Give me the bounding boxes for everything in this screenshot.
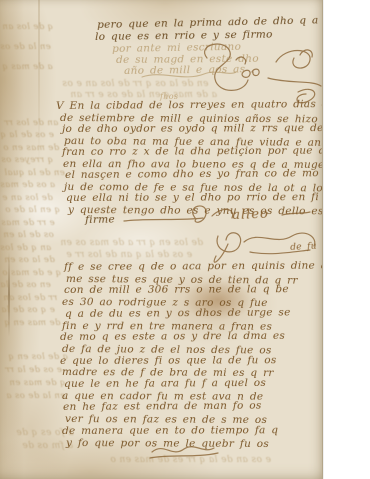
bleedthrough-line: rr de los an (3, 293, 57, 303)
body-line: el nasçen e como dho es yo fran co de mo… (65, 167, 323, 181)
signature-name: alleo (232, 207, 269, 223)
bleedthrough-line: en os de la (0, 280, 51, 290)
bleedthrough-line: an de los rr (4, 118, 58, 128)
bleedthrough-line: q e de mas o (2, 268, 61, 278)
bleedthrough-line: q en la de o (5, 205, 60, 215)
scan-background: q de los an en la de os a de mas q an de… (0, 0, 370, 479)
closing-word: firme (85, 213, 115, 226)
body-line: q a de du es en y os dhos de urge se (65, 306, 291, 320)
bleedthrough-line: e os de la q an de los rr e (66, 250, 192, 260)
body-line: en he faz est endra de man fo os (63, 400, 262, 413)
top-rubric-tail (268, 78, 321, 86)
bleedthrough-line: a os de mas (0, 180, 55, 190)
bleedthrough-line: de los an e (2, 193, 53, 203)
firme-dash (124, 218, 203, 221)
bleedthrough-line: en la de os a (6, 391, 65, 401)
bleedthrough-line: en de la qual (4, 168, 65, 178)
body-line: fran co rro z x de la dha petiçion por q… (62, 145, 323, 158)
bleedthrough-line: q de los an (2, 22, 53, 32)
body-line: ff e se cree q de o aca por en quinis di… (64, 260, 323, 273)
body-line: que le en he fa ara fu f a quel os (64, 377, 266, 390)
body-line: con de mill e 306 rrs o ne de la q be (64, 283, 289, 296)
bleedthrough-band: e os an de la q rr es de mas en o (110, 455, 271, 465)
body-line: de manera que en to do tiempo fa q (62, 424, 278, 437)
body-line: e que lo dieres fi os que la de fu os (60, 354, 277, 367)
bleedthrough-line: q rreyes os (1, 155, 53, 165)
body-line: de mo q es este a os y dre la dma es (60, 330, 285, 343)
bleedthrough-line: e os de la rr (5, 365, 62, 375)
bleedthrough-line: de los en q rr a de mas os en (60, 238, 203, 248)
bleedthrough-line: e os de la q (0, 130, 54, 140)
bleedthrough-line: os de la en (3, 230, 54, 240)
body-line: jo de dho oydor es oydo q mill z rrs que… (62, 122, 323, 135)
bleedthrough-line: de la os en (4, 255, 55, 265)
bleedthrough-line: q de mas en (9, 378, 65, 388)
body-line: V En la cibdad de los rreyes en quatro d… (56, 98, 323, 112)
bleedthrough-line: de mas en o (3, 143, 59, 153)
bleedthrough-line: e rr de mas (1, 218, 55, 228)
bleedthrough-line: de mas en q (4, 318, 60, 328)
faded-header-line: año de mill e qos as (124, 63, 245, 77)
manuscript-page: q de los an en la de os a de mas q an de… (0, 0, 323, 479)
body-line: que ella ni tio se y el dho po rrio de e… (66, 191, 323, 204)
signature-rubric-text: de fu (290, 242, 317, 253)
bleedthrough-line: an q de los (0, 243, 51, 253)
top-rubric-right (276, 50, 312, 68)
bleedthrough-line: en la de os (0, 42, 51, 52)
bleedthrough-line: en de la os q rr de los an e os (62, 79, 208, 89)
body-line: y fo que por os me le quebr fu os (66, 437, 269, 450)
bleedthrough-line: a de mas q (2, 62, 53, 72)
bleedthrough-line: a de los en q (8, 352, 68, 362)
header-line: pero que en la prima ado de dho q a lo b… (97, 13, 323, 31)
bleedthrough-line: e q os de la (1, 305, 55, 315)
